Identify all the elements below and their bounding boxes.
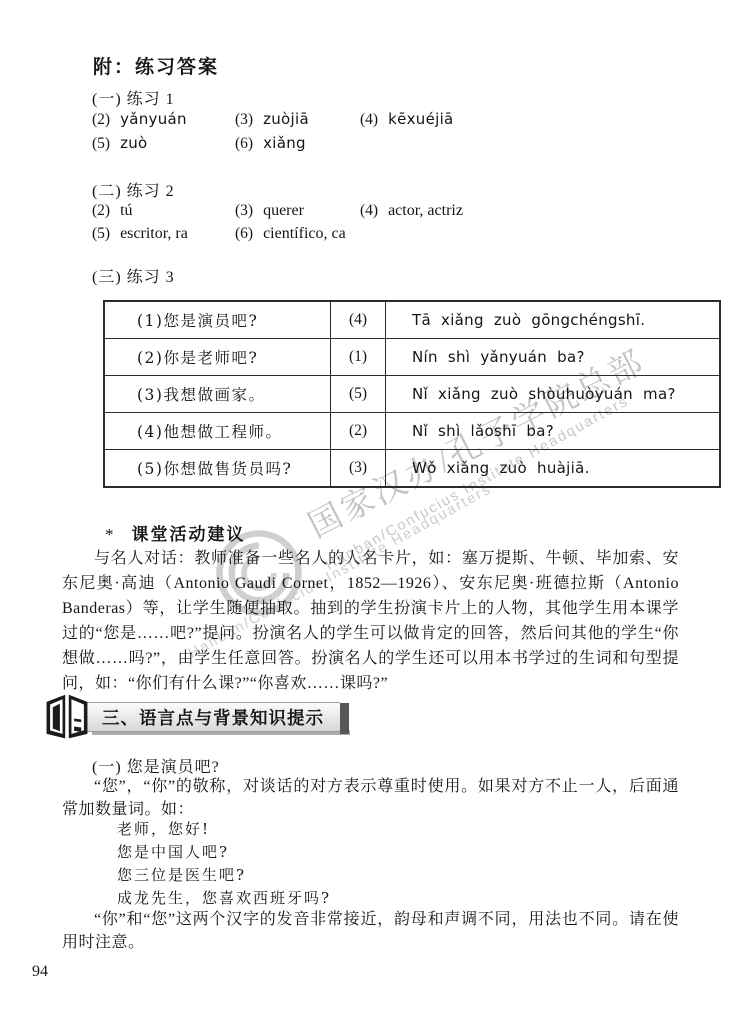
activity-paragraph: 与名人对话：教师准备一些名人的人名卡片，如：塞万提斯、牛顿、毕加索、安东尼奥·高… [62,546,679,696]
table-row: (4)他想做工程师。 (2) Nǐ shì lǎoshī ba? [104,413,720,450]
section-banner-title: 三、语言点与背景知识提示 [102,705,324,730]
question-cell: (1)您是演员吧? [104,301,331,339]
table-row: (2)你是老师吧? (1) Nín shì yǎnyuán ba? [104,339,720,376]
activity-heading: *课堂活动建议 [105,520,246,545]
question-cell: (5)你想做售货员吗? [104,450,331,488]
matching-answer-table: (1)您是演员吧? (4) Tā xiǎng zuò gōngchéngshī.… [103,300,721,488]
table-row: (1)您是演员吧? (4) Tā xiǎng zuò gōngchéngshī. [104,301,720,339]
answer-item: (3)zuòjiā [235,110,309,129]
asterisk-bullet: * [105,525,116,544]
exercise3-label: (三) 练习 3 [92,264,175,287]
answer-item: (4)kēxuéjiā [360,110,454,129]
answer-item: (5)zuò [92,134,148,153]
exercise2-answers-row1: (2)tú (3)querer (4)actor, actriz [92,202,652,224]
question-cell: (4)他想做工程师。 [104,413,331,450]
answer-item: (2)yǎnyuán [92,110,187,129]
pinyin-cell: Nǐ xiǎng zuò shòuhuòyuán ma? [386,376,721,413]
match-number-cell: (2) [331,413,386,450]
match-number-cell: (5) [331,376,386,413]
answer-item: (2)tú [92,202,133,220]
answer-item: (6)científico, ca [235,225,346,243]
match-number-cell: (1) [331,339,386,376]
answer-item: (5)escritor, ra [92,225,188,243]
exercise2-answers-row2: (5)escritor, ra (6)científico, ca [92,225,652,247]
pinyin-cell: Tā xiǎng zuò gōngchéngshī. [386,301,721,339]
answer-item: (6)xiǎng [235,134,306,153]
pinyin-cell: Nín shì yǎnyuán ba? [386,339,721,376]
answer-key-title: 附：练习答案 [93,52,219,79]
example-sentence: 您三位是医生吧? [117,864,246,885]
table-row: (5)你想做售货员吗? (3) Wǒ xiǎng zuò huàjiā. [104,450,720,488]
answer-item: (3)querer [235,202,304,220]
point1-paragraph1: “您”，“你”的敬称，对谈话的对方表示尊重时使用。如果对方不止一人，后面通常加数… [62,776,679,821]
open-book-icon [44,693,90,741]
point1-heading: (一) 您是演员吧? [92,754,220,777]
question-cell: (3)我想做画家。 [104,376,331,413]
page-number: 94 [32,963,48,981]
point1-paragraph2: “你”和“您”这两个汉字的发音非常接近，韵母和声调不同，用法也不同。请在使用时注… [62,908,679,954]
example-sentence: 成龙先生，您喜欢西班牙吗? [117,887,331,908]
exercise2-label: (二) 练习 2 [92,178,175,201]
pinyin-cell: Wǒ xiǎng zuò huàjiā. [386,450,721,488]
banner-side-tab [340,703,349,734]
textbook-page: 国家汉办/孔子学院总部 Hanban/Confucius Institute H… [0,0,742,1024]
table-row: (3)我想做画家。 (5) Nǐ xiǎng zuò shòuhuòyuán m… [104,376,720,413]
exercise1-answers-row2: (5)zuò (6)xiǎng [92,134,652,156]
match-number-cell: (3) [331,450,386,488]
answer-item: (4)actor, actriz [360,202,463,220]
pinyin-cell: Nǐ shì lǎoshī ba? [386,413,721,450]
exercise1-answers-row1: (2)yǎnyuán (3)zuòjiā (4)kēxuéjiā [92,110,652,132]
match-number-cell: (4) [331,301,386,339]
question-cell: (2)你是老师吧? [104,339,331,376]
example-sentence: 您是中国人吧? [117,841,229,862]
example-sentence: 老师，您好! [117,818,210,839]
exercise1-label: (一) 练习 1 [92,86,175,109]
activity-heading-label: 课堂活动建议 [132,525,246,544]
